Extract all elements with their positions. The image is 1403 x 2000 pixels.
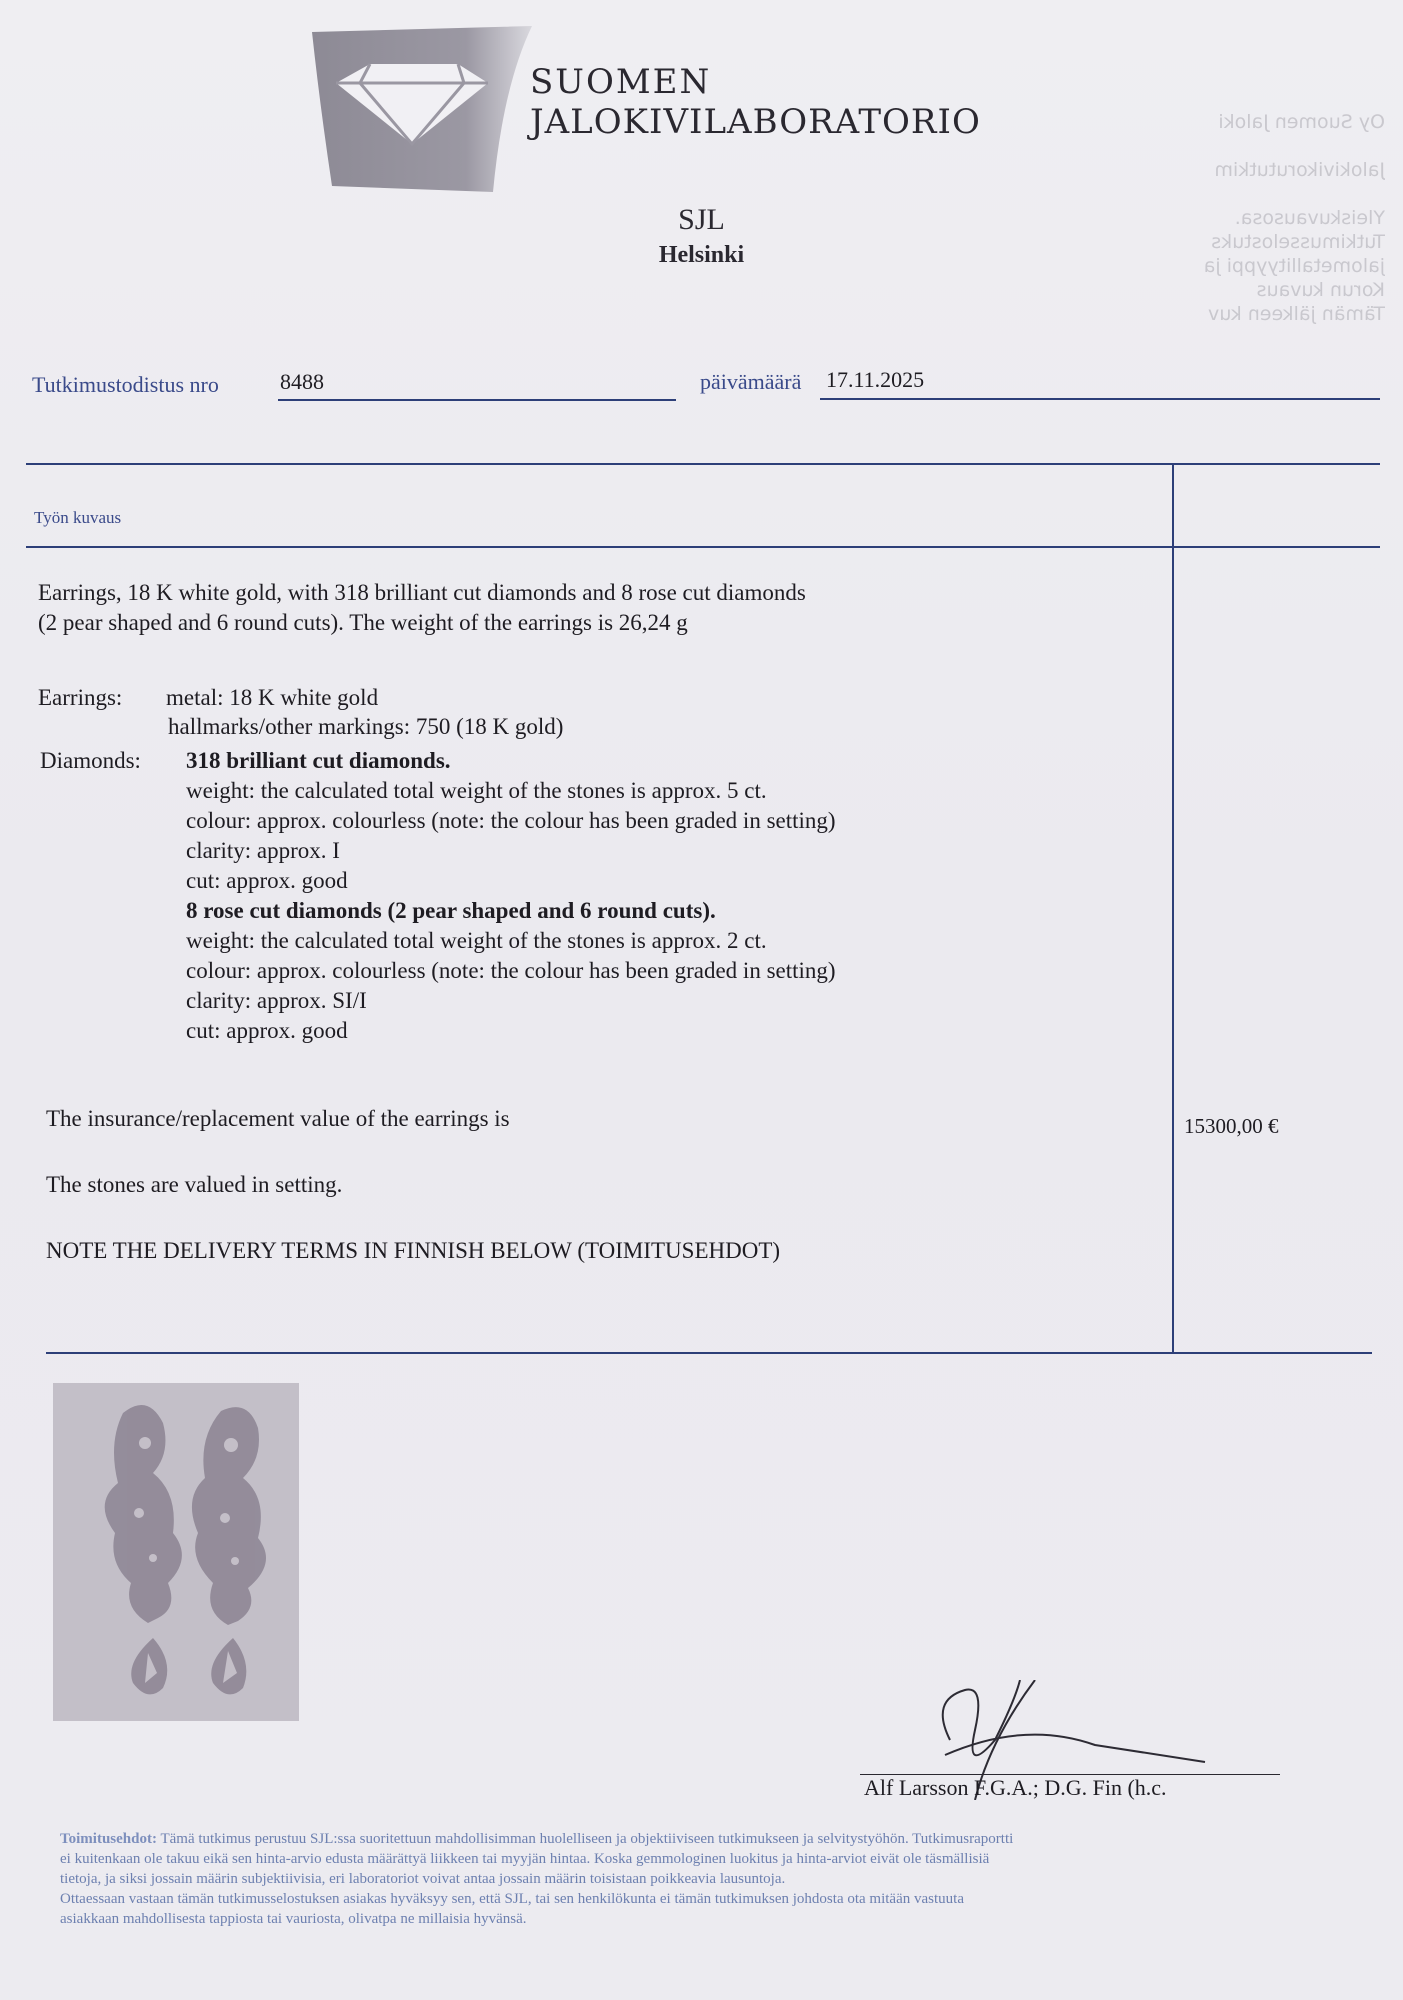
diamond-group-cut: cut: approx. good [186,1016,348,1045]
date-label: päivämäärä [700,369,801,395]
delivery-terms-note: NOTE THE DELIVERY TERMS IN FINNISH BELOW… [46,1236,780,1265]
setting-note: The stones are valued in setting. [46,1170,342,1199]
ghost-line [1085,134,1385,158]
certificate-page: Oy Suomen Jaloki Jalokivikorututkim Ylei… [0,0,1403,2000]
work-description-label: Työn kuvaus [34,508,121,528]
diamond-group-clarity: clarity: approx. SI/I [186,986,367,1015]
terms-heading: Toimitusehdot: [60,1831,157,1847]
ghost-line: Jalokivikorututkim [1085,158,1385,182]
item-description: Earrings, 18 K white gold, with 318 bril… [38,578,806,638]
top-divider [26,463,1380,465]
diamond-group-title: 8 rose cut diamonds (2 pear shaped and 6… [186,896,716,925]
diamond-group-title: 318 brilliant cut diamonds. [186,746,451,775]
diamond-icon [298,26,532,192]
earrings-photo [53,1383,299,1721]
diamond-group-weight: weight: the calculated total weight of t… [186,776,767,805]
ghost-line: Korun kuvaus [1085,278,1385,302]
ghost-line: Oy Suomen Jaloki [1085,110,1385,134]
ghost-line: Tämän jälkeen kuv [1085,302,1385,326]
valuation-amount: 15300,00 € [1184,1114,1279,1139]
value-column-divider [1172,463,1174,1353]
organization-city: Helsinki [0,242,1403,269]
certificate-number: 8488 [280,369,324,395]
earrings-hallmarks: hallmarks/other markings: 750 (18 K gold… [168,712,563,741]
certificate-number-label: Tutkimustodistus nro [32,372,219,398]
delivery-terms: Toimitusehdot: Tämä tutkimus perustuu SJ… [60,1829,1380,1929]
earrings-metal: metal: 18 K white gold [166,683,378,712]
signatory-name: Alf Larsson F.G.A.; D.G. Fin (h.c. [864,1775,1167,1801]
certificate-number-underline [278,399,676,401]
diamond-group-colour: colour: approx. colourless (note: the co… [186,806,836,835]
bottom-divider [46,1352,1372,1354]
date-value: 17.11.2025 [826,367,924,393]
diamond-group-clarity: clarity: approx. I [186,836,340,865]
earrings-label: Earrings: [38,683,122,712]
organization-name: SUOMEN JALOKIVILABORATORIO [530,62,981,142]
diamonds-label: Diamonds: [40,746,141,775]
work-description-divider [26,546,1380,548]
valuation-statement: The insurance/replacement value of the e… [46,1104,510,1133]
diamond-group-cut: cut: approx. good [186,866,348,895]
organization-abbreviation: SJL [0,203,1403,237]
date-underline [820,398,1380,400]
diamond-group-colour: colour: approx. colourless (note: the co… [186,956,836,985]
diamond-group-weight: weight: the calculated total weight of t… [186,926,767,955]
